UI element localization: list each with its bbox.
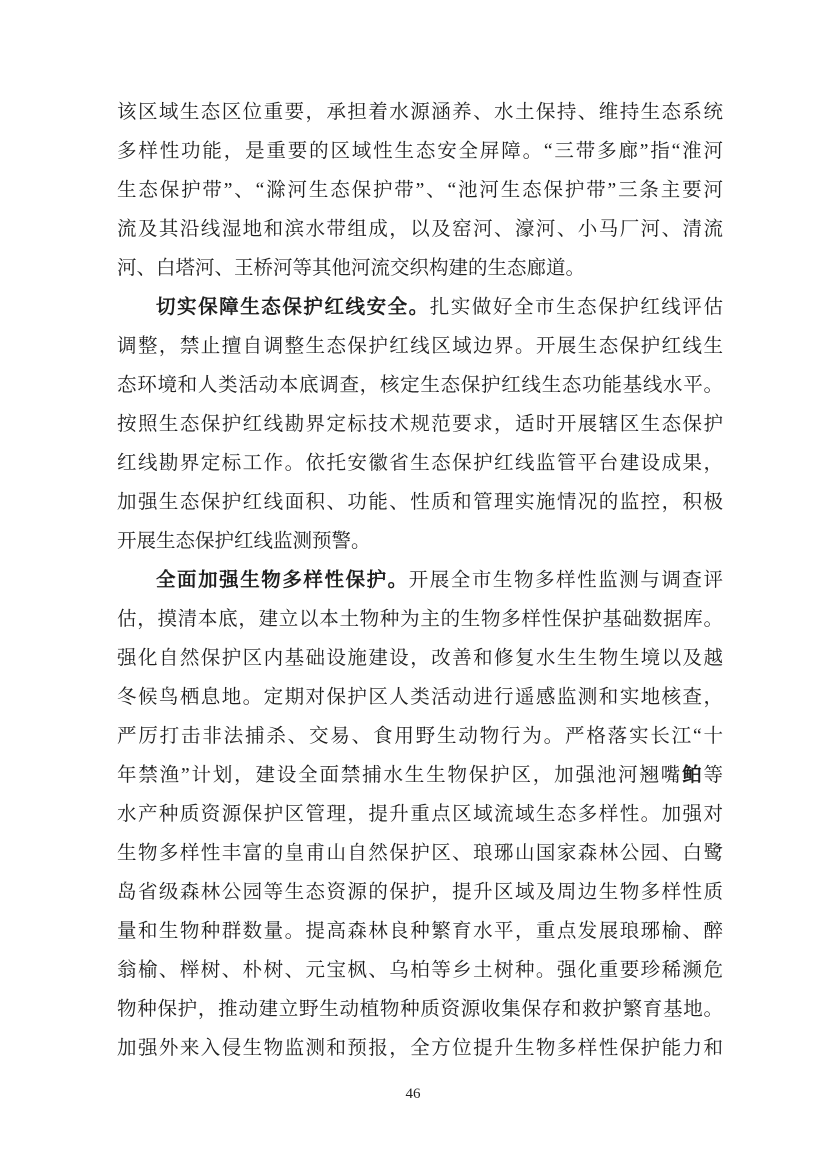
text-line: 强化自然保护区内基础设施建设，改善和修复水生生物生境以及越 (117, 639, 723, 678)
text-line: 严厉打击非法捕杀、交易、食用野生动物行为。严格落实长江“十 (117, 717, 723, 756)
text-line: 流及其沿线湿地和滨水带组成，以及窑河、濠河、小马厂河、清流 (117, 210, 723, 249)
text-segment: 调整，禁止擅自调整生态保护红线区域边界。开展生态保护红线生 (117, 336, 723, 357)
text-segment: 物种保护，推动建立野生动植物种质资源收集保存和救护繁育基地。 (117, 999, 723, 1020)
text-line: 估，摸清本底，建立以本土物种为主的生物多样性保护基础数据库。 (117, 600, 723, 639)
text-segment: 加强外来入侵生物监测和预报，全方位提升生物多样性保护能力和 (117, 1038, 723, 1059)
text-segment: 该区域生态区位重要，承担着水源涵养、水土保持、维持生态系统 (117, 102, 723, 123)
text-line: 河、白塔河、王桥河等其他河流交织构建的生态廊道。 (117, 249, 723, 288)
text-line: 红线勘界定标工作。依托安徽省生态保护红线监管平台建设成果， (117, 444, 723, 483)
body-text: 该区域生态区位重要，承担着水源涵养、水土保持、维持生态系统多样性功能，是重要的区… (117, 93, 723, 1068)
document-page: 该区域生态区位重要，承担着水源涵养、水土保持、维持生态系统多样性功能，是重要的区… (0, 0, 826, 1169)
paragraph-2: 切实保障生态保护红线安全。扎实做好全市生态保护红线评估调整，禁止擅自调整生态保护… (117, 288, 723, 561)
text-segment: 扎实做好全市生态保护红线评估 (430, 297, 723, 318)
text-line: 该区域生态区位重要，承担着水源涵养、水土保持、维持生态系统 (117, 93, 723, 132)
text-line: 年禁渔”计划，建设全面禁捕水生生物保护区，加强池河翘嘴鲌等 (117, 756, 723, 795)
text-line: 翁榆、榉树、朴树、元宝枫、乌柏等乡土树种。强化重要珍稀濒危 (117, 951, 723, 990)
text-segment: 河、白塔河、王桥河等其他河流交织构建的生态廊道。 (117, 258, 585, 279)
substituted-glyph: 鲌 (682, 764, 703, 786)
text-segment: 生态保护带”、“滁河生态保护带”、“池河生态保护带”三条主要河 (117, 180, 723, 201)
text-segment: 按照生态保护红线勘界定标技术规范要求，适时开展辖区生态保护 (117, 414, 723, 435)
text-segment: 强化自然保护区内基础设施建设，改善和修复水生生物生境以及越 (117, 648, 723, 669)
text-segment: 水产种质资源保护区管理，提升重点区域流域生态多样性。加强对 (117, 804, 723, 825)
text-segment: 流及其沿线湿地和滨水带组成，以及窑河、濠河、小马厂河、清流 (117, 219, 723, 240)
bold-lead-text: 切实保障生态保护红线安全。 (156, 297, 430, 318)
text-line: 加强生态保护红线面积、功能、性质和管理实施情况的监控，积极 (117, 483, 723, 522)
text-line: 开展生态保护红线监测预警。 (117, 522, 723, 561)
text-line: 物种保护，推动建立野生动植物种质资源收集保存和救护繁育基地。 (117, 990, 723, 1029)
text-segment: 量和生物种群数量。提高森林良种繁育水平，重点发展琅琊榆、醉 (117, 921, 723, 942)
text-segment: 等 (703, 765, 723, 786)
text-line: 按照生态保护红线勘界定标技术规范要求，适时开展辖区生态保护 (117, 405, 723, 444)
text-segment: 开展生态保护红线监测预警。 (117, 531, 371, 552)
bold-lead-text: 全面加强生物多样性保护。 (156, 570, 409, 591)
text-segment: 翁榆、榉树、朴树、元宝枫、乌柏等乡土树种。强化重要珍稀濒危 (117, 960, 723, 981)
paragraph-3: 全面加强生物多样性保护。开展全市生物多样性监测与调查评估，摸清本底，建立以本土物… (117, 561, 723, 1068)
text-line: 调整，禁止擅自调整生态保护红线区域边界。开展生态保护红线生 (117, 327, 723, 366)
text-line: 生物多样性丰富的皇甫山自然保护区、琅琊山国家森林公园、白鹭 (117, 834, 723, 873)
text-segment: 严厉打击非法捕杀、交易、食用野生动物行为。严格落实长江“十 (117, 726, 723, 747)
text-line: 加强外来入侵生物监测和预报，全方位提升生物多样性保护能力和 (117, 1029, 723, 1068)
text-line: 生态保护带”、“滁河生态保护带”、“池河生态保护带”三条主要河 (117, 171, 723, 210)
text-line: 岛省级森林公园等生态资源的保护，提升区域及周边生物多样性质 (117, 873, 723, 912)
text-line: 量和生物种群数量。提高森林良种繁育水平，重点发展琅琊榆、醉 (117, 912, 723, 951)
text-segment: 态环境和人类活动本底调查，核定生态保护红线生态功能基线水平。 (117, 375, 723, 396)
text-segment: 冬候鸟栖息地。定期对保护区人类活动进行遥感监测和实地核查， (117, 687, 723, 708)
text-segment: 估，摸清本底，建立以本土物种为主的生物多样性保护基础数据库。 (117, 609, 723, 630)
text-line: 冬候鸟栖息地。定期对保护区人类活动进行遥感监测和实地核查， (117, 678, 723, 717)
text-segment: 加强生态保护红线面积、功能、性质和管理实施情况的监控，积极 (117, 492, 723, 513)
text-segment: 红线勘界定标工作。依托安徽省生态保护红线监管平台建设成果， (117, 453, 723, 474)
text-segment: 开展全市生物多样性监测与调查评 (409, 570, 723, 591)
text-line: 多样性功能，是重要的区域性生态安全屏障。“三带多廊”指“淮河 (117, 132, 723, 171)
page-number: 46 (0, 1084, 826, 1104)
text-line: 全面加强生物多样性保护。开展全市生物多样性监测与调查评 (117, 561, 723, 600)
text-segment: 年禁渔”计划，建设全面禁捕水生生物保护区，加强池河翘嘴 (117, 765, 682, 786)
paragraph-1: 该区域生态区位重要，承担着水源涵养、水土保持、维持生态系统多样性功能，是重要的区… (117, 93, 723, 288)
text-segment: 生物多样性丰富的皇甫山自然保护区、琅琊山国家森林公园、白鹭 (117, 843, 723, 864)
text-line: 切实保障生态保护红线安全。扎实做好全市生态保护红线评估 (117, 288, 723, 327)
text-line: 态环境和人类活动本底调查，核定生态保护红线生态功能基线水平。 (117, 366, 723, 405)
text-segment: 岛省级森林公园等生态资源的保护，提升区域及周边生物多样性质 (117, 882, 723, 903)
text-line: 水产种质资源保护区管理，提升重点区域流域生态多样性。加强对 (117, 795, 723, 834)
text-segment: 多样性功能，是重要的区域性生态安全屏障。“三带多廊”指“淮河 (117, 141, 723, 162)
